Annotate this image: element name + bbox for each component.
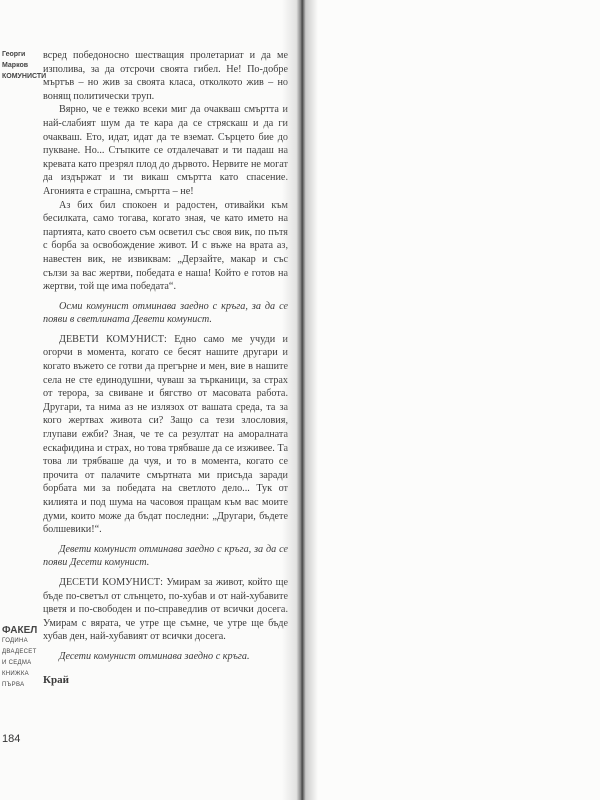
paragraph: Аз бих бил спокоен и радостен, отивайки … xyxy=(43,199,288,294)
series-title: ФАКЕЛ xyxy=(2,625,42,636)
stage-direction: Осми комунист отминава заедно с кръга, з… xyxy=(43,300,288,327)
speech-tenth-communist: ДЕСЕТИ КОМУНИСТ: Умирам за живот, който … xyxy=(43,576,288,644)
speech-ninth-communist: ДЕВЕТИ КОМУНИСТ: Едно само ме учуди и ог… xyxy=(43,333,288,537)
paragraph: Вярно, че е тежко всеки миг да очакваш с… xyxy=(43,103,288,198)
right-page: Цвета Трифонова Взривяване на мита Пиеса… xyxy=(300,0,600,800)
paragraph: всред победоносно шестващия пролетариат … xyxy=(43,49,288,103)
running-head: Георги Марков КОМУНИСТИ xyxy=(2,49,40,82)
book-spread: Георги Марков КОМУНИСТИ всред победоносн… xyxy=(0,0,600,800)
end-mark: Край xyxy=(43,674,288,688)
series-mark: ФАКЕЛ ГОДИНА ДВАДЕСЕТ И СЕДМА КНИЖКА ПЪР… xyxy=(2,625,42,691)
running-head-work: КОМУНИСТИ xyxy=(2,71,40,82)
stage-direction: Девети комунист отминава заедно с кръга,… xyxy=(43,543,288,570)
series-line: ДВАДЕСЕТ xyxy=(2,647,42,658)
page-number: 184 xyxy=(2,733,20,745)
series-line: ГОДИНА xyxy=(2,636,42,647)
series-line: ПЪРВА xyxy=(2,680,42,691)
series-line: КНИЖКА xyxy=(2,669,42,680)
series-line: И СЕДМА xyxy=(2,658,42,669)
running-head-author: Георги Марков xyxy=(2,49,40,71)
stage-direction: Десети комунист отминава заедно с кръга. xyxy=(43,650,288,664)
play-text: всред победоносно шестващия пролетариат … xyxy=(43,49,288,687)
left-page: Георги Марков КОМУНИСТИ всред победоносн… xyxy=(0,0,300,800)
